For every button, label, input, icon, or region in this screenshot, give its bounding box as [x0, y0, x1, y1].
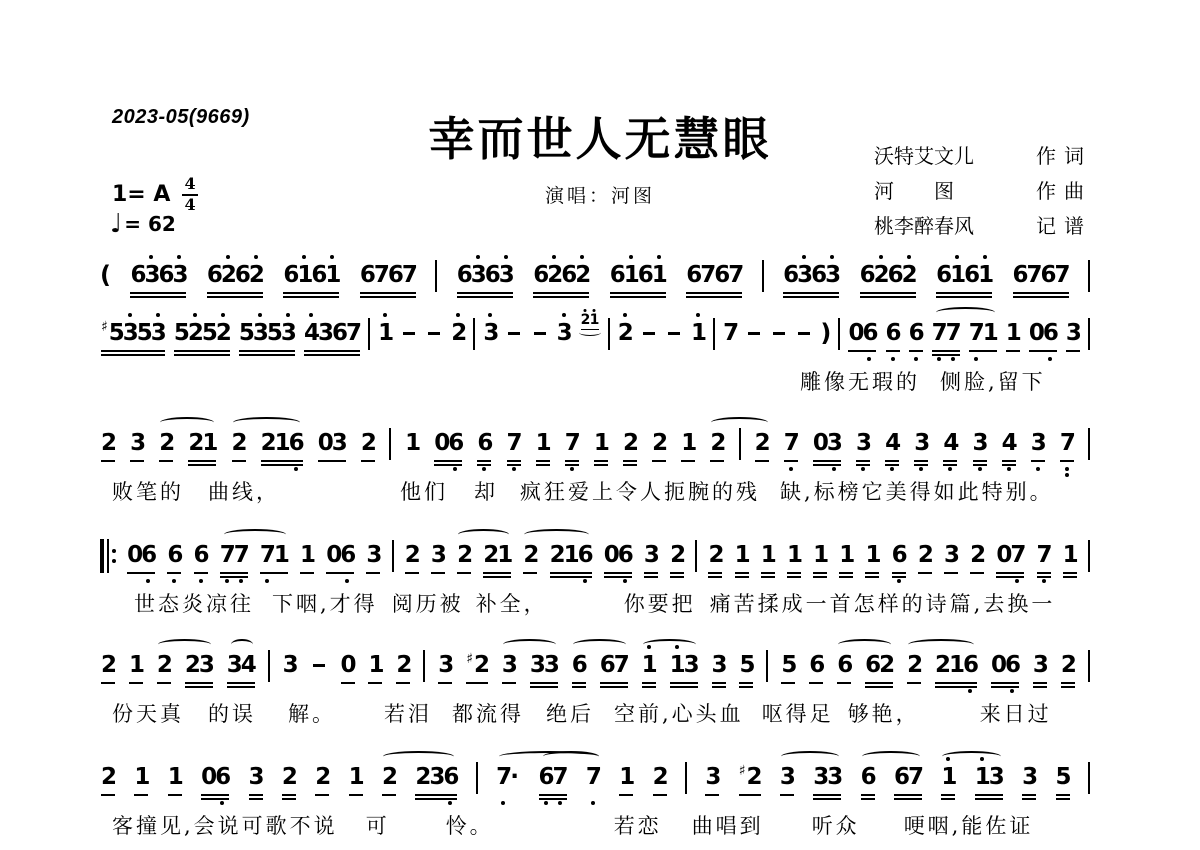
note-digit: 2 [523, 540, 537, 570]
beam-line [185, 682, 213, 684]
beam-line [1056, 798, 1070, 800]
note-digit: 3 [705, 762, 719, 792]
octave-dot-high [177, 255, 181, 259]
note-digit: 1 [941, 762, 955, 792]
lyric-segment: 疯狂爱上令人扼腕的残 [520, 476, 760, 506]
note-digit: 3 [227, 650, 241, 680]
note-group: ♯5353 [100, 318, 166, 348]
barline [762, 260, 764, 292]
lyric-segment: 却 [474, 476, 498, 506]
octave-dot-high [258, 313, 262, 317]
note-group: 3 [282, 650, 298, 680]
note-digit: 1 [300, 540, 314, 570]
note-group: 1 [299, 540, 315, 570]
note-digit: 6 [1013, 260, 1027, 290]
beam-line [239, 350, 295, 352]
music-line: 0666777110632322122160632211111162320771… [100, 540, 1090, 618]
beam-line [642, 682, 656, 684]
note-digit: 2 [188, 318, 202, 348]
note-group: 3 [1030, 428, 1046, 458]
lyric-segment: 下咽,才得 [272, 588, 378, 618]
note-digit: 1 [275, 428, 289, 458]
beam-line [129, 682, 143, 684]
beam-line [438, 682, 452, 684]
beam-line [304, 350, 360, 352]
beam-line [670, 686, 698, 688]
beam-line [174, 350, 230, 352]
note-group: 6 [808, 650, 824, 680]
note-digit: 6 [963, 650, 977, 680]
beam-line [712, 682, 726, 684]
note-digit: 6 [332, 318, 346, 348]
beam-line [642, 686, 656, 688]
note-group: 3 [482, 318, 498, 348]
beam-line [536, 464, 550, 466]
note-digit: 3 [151, 318, 165, 348]
octave-dot-low [832, 467, 836, 471]
note-group: 1 [128, 650, 144, 680]
barline [838, 318, 840, 350]
octave-dot-low [345, 579, 349, 583]
note-group: 2 [617, 318, 633, 348]
beam-line [996, 576, 1024, 578]
note-group: 1 [593, 428, 609, 458]
note-digit: 2 [249, 260, 263, 290]
note-digit: 6 [892, 540, 906, 570]
octave-dot-low [1015, 579, 1019, 583]
note-group: 2 [456, 540, 472, 570]
time-signature: 4 4 [182, 176, 197, 214]
octave-dot-low [558, 801, 562, 805]
lyric-segment: 听众 [812, 810, 860, 840]
octave-dot-high [330, 255, 334, 259]
note-group: 67 [599, 650, 629, 680]
lyric-segment: 你要把 [624, 588, 696, 618]
beam-line [975, 794, 1003, 796]
note-digit: 3 [797, 260, 811, 290]
note-group: 7· [495, 762, 520, 792]
note-group: 7 [585, 762, 601, 792]
note-digit: 3 [318, 318, 332, 348]
note-digit: 2 [623, 428, 637, 458]
octave-dot-high [504, 255, 508, 259]
key-signature: 1= A 4 4 [112, 176, 198, 214]
dash-note [770, 318, 788, 348]
note-digit: 2 [474, 650, 488, 680]
barline [1088, 428, 1090, 460]
note-group: 1 [864, 540, 880, 570]
note-digit: 1 [691, 318, 705, 348]
note-digit: 6 [388, 260, 402, 290]
note-digit: 2 [652, 428, 666, 458]
slur [383, 751, 453, 762]
note-digit: 2 [185, 650, 199, 680]
note-group: 1 [535, 428, 551, 458]
octave-dot-low [891, 357, 895, 361]
note-group: 3 [365, 540, 381, 570]
beam-line [735, 576, 749, 578]
dash-note [665, 318, 683, 348]
note-group: 2 [669, 540, 685, 570]
octave-dot-low [951, 357, 955, 361]
beam-line [157, 682, 171, 684]
note-group: 1 [133, 762, 149, 792]
beam-line [415, 794, 457, 796]
beam-line [865, 686, 893, 688]
note-digit: 0 [341, 650, 355, 680]
note-digit: 6 [167, 540, 181, 570]
note-digit: 6 [1005, 650, 1019, 680]
note-digit: 6 [194, 540, 208, 570]
note-group: 6767 [359, 260, 417, 290]
lyric-segment: 补全， [476, 588, 548, 618]
note-digit: 1 [642, 650, 656, 680]
octave-dot-low [968, 689, 972, 693]
note-digit: 2 [157, 650, 171, 680]
credit-role: 作词 [1036, 139, 1092, 174]
note-group: 1 [1062, 540, 1078, 570]
beam-line [604, 576, 632, 578]
note-digit: 6 [936, 260, 950, 290]
beam-line [813, 576, 827, 578]
barline [739, 428, 741, 460]
beam-line [168, 794, 182, 796]
octave-dot-low [978, 467, 982, 471]
beam-line [892, 572, 906, 574]
lyric-segment: 解。 [288, 698, 336, 728]
octave-dot-low [239, 579, 243, 583]
dash-note [310, 650, 328, 680]
note-group: 67 [538, 762, 568, 792]
beam-line [918, 572, 932, 574]
beam-line [227, 686, 255, 688]
octave-dot-low [294, 467, 298, 471]
note-digit: 2 [382, 762, 396, 792]
note-digit: 2 [232, 428, 246, 458]
octave-dot-low [172, 579, 176, 583]
note-digit: 1 [378, 318, 392, 348]
beam-line [539, 798, 567, 800]
note-digit: 3 [1022, 762, 1036, 792]
note-digit: 1 [950, 260, 964, 290]
beam-line [809, 682, 823, 684]
note-group: 216 [260, 428, 304, 458]
beam-line [101, 460, 115, 462]
lyric-segment: 份天真 [112, 698, 184, 728]
note-group: 77 [219, 540, 249, 570]
lyric-segment: 败笔的 [112, 476, 184, 506]
octave-dot-low [482, 467, 486, 471]
beam-line [739, 682, 753, 684]
note-digit: 2 [361, 428, 375, 458]
octave-dot-low [583, 579, 587, 583]
octave-dot-low [220, 801, 224, 805]
beam-line [708, 572, 722, 574]
notes-row: (636362626161676763636262616167676363626… [100, 260, 1090, 294]
note-group: 7 [1059, 428, 1075, 458]
beam-line [185, 686, 213, 688]
sheet-music-page: { "header": { "catalog": "2023-05(9669)"… [0, 0, 1200, 850]
beam-line [644, 576, 658, 578]
beam-line [260, 572, 288, 574]
note-group: ♯2 [465, 650, 489, 680]
note-digit: 7 [969, 318, 983, 348]
beam-line [207, 296, 263, 298]
note-digit: 6 [811, 260, 825, 290]
note-digit: 6 [610, 260, 624, 290]
note-digit: 6 [283, 260, 297, 290]
note-digit: 3 [471, 260, 485, 290]
slur [543, 751, 600, 762]
beam-line [856, 464, 870, 466]
note-group: 6363 [782, 260, 840, 290]
note-digit: 6 [443, 762, 457, 792]
note-digit: 2 [918, 540, 932, 570]
note-digit: 1 [652, 260, 666, 290]
note-digit: 6 [861, 762, 875, 792]
note-digit: 2 [457, 540, 471, 570]
note-digit: 3 [499, 260, 513, 290]
note-group: 2 [281, 762, 297, 792]
note-group: 06 [847, 318, 877, 348]
sharp-icon: ♯ [466, 652, 473, 666]
note-digit: 1 [670, 650, 684, 680]
note-digit: 1 [349, 762, 363, 792]
note-group: 1 [404, 428, 420, 458]
note-digit: 3 [172, 260, 186, 290]
note-digit: 0 [604, 540, 618, 570]
note-group: 7 [722, 318, 738, 348]
beam-line [975, 798, 1003, 800]
beam-line [860, 292, 916, 294]
note-group: 6262 [532, 260, 590, 290]
note-group: 1 [348, 762, 364, 792]
beam-line [1033, 686, 1047, 688]
note-digit: 3 [1031, 428, 1045, 458]
note-digit: 2 [547, 260, 561, 290]
beam-line [130, 296, 186, 298]
dash-note [795, 318, 813, 348]
note-group: 1 [812, 540, 828, 570]
note-digit: 7 [700, 260, 714, 290]
note-digit: 7 [932, 318, 946, 348]
note-digit: 3 [199, 650, 213, 680]
lyrics-row: 败笔的曲线，他们却疯狂爱上令人扼腕的残缺,标榜它美得如此特别。 [100, 476, 1090, 506]
note-group: 1 [760, 540, 776, 570]
lyric-segment: 空前,心头血 [614, 698, 744, 728]
octave-dot-low [897, 579, 901, 583]
slur [936, 307, 996, 318]
beam-line [396, 682, 410, 684]
beam-line [914, 464, 928, 466]
note-digit: 2 [747, 762, 761, 792]
note-digit: 2 [970, 540, 984, 570]
note-digit: 6 [618, 540, 632, 570]
note-group: 1 [367, 650, 383, 680]
beam-line [996, 572, 1024, 574]
note-group: 0 [340, 650, 356, 680]
beam-line [282, 798, 296, 800]
note-group: 7 [1036, 540, 1052, 570]
note-group: 13 [974, 762, 1004, 792]
octave-dot-high [562, 313, 566, 317]
beam-line [970, 572, 984, 574]
note-digit: 6 [130, 260, 144, 290]
beam-line [594, 464, 608, 466]
repeat-start-sign [100, 540, 116, 572]
note-digit: 3 [281, 318, 295, 348]
note-digit: 7 [234, 540, 248, 570]
slur [862, 751, 920, 762]
beam-line [739, 794, 761, 796]
sharp-icon: ♯ [739, 764, 746, 778]
note-group: 2 [360, 428, 376, 458]
note-digit: 0 [201, 762, 215, 792]
note-group: 2 [651, 428, 667, 458]
lyrics-row: 雕像无瑕的侧脸,留下 [100, 366, 1090, 396]
octave-dot-high [629, 255, 633, 259]
note-digit: 6 [457, 260, 471, 290]
beam-line [1022, 794, 1036, 796]
beam-line [739, 686, 753, 688]
note-digit: 7 [946, 318, 960, 348]
note-digit: 6 [809, 650, 823, 680]
note-digit: 6 [860, 260, 874, 290]
beam-line [201, 798, 229, 800]
beam-line [194, 572, 208, 574]
octave-dot-high [193, 313, 197, 317]
note-digit: 1 [735, 540, 749, 570]
beam-line [944, 572, 958, 574]
credit-role: 记谱 [1036, 209, 1092, 244]
note-digit: 6 [539, 762, 553, 792]
beam-line [159, 460, 173, 462]
note-digit: 5 [174, 318, 188, 348]
note-group: 6161 [282, 260, 340, 290]
note-digit: 0 [326, 540, 340, 570]
note-digit: 1 [978, 260, 992, 290]
octave-dot-low [937, 357, 941, 361]
note-digit: 3 [123, 318, 137, 348]
beam-line [892, 576, 906, 578]
note-digit: 2 [874, 260, 888, 290]
octave-dot-low [453, 467, 457, 471]
note-digit: 2 [902, 260, 916, 290]
note-digit: 6 [572, 650, 586, 680]
note-digit: 7 [374, 260, 388, 290]
slur [573, 639, 626, 650]
note-group: 6 [860, 762, 876, 792]
note-group: 6 [193, 540, 209, 570]
barline [473, 318, 475, 350]
beam-line [239, 354, 295, 356]
beam-line [1013, 296, 1069, 298]
beam-line [550, 572, 592, 574]
beam-line [227, 682, 255, 684]
note-group: 7 [783, 428, 799, 458]
note-digit: 0 [127, 540, 141, 570]
beam-line [865, 572, 879, 574]
note-digit: 2 [670, 540, 684, 570]
octave-dot-low [1048, 357, 1052, 361]
beam-line [130, 292, 186, 294]
note-digit: 7 [728, 260, 742, 290]
beam-line [483, 572, 511, 574]
note-digit: 5 [1056, 762, 1070, 792]
note-digit: 2 [550, 540, 564, 570]
note-digit: 2 [1061, 650, 1075, 680]
beam-line [1022, 798, 1036, 800]
barline [476, 762, 478, 794]
barline [1088, 540, 1090, 572]
beam-line [167, 572, 181, 574]
barline [685, 762, 687, 794]
note-group: 6 [476, 428, 492, 458]
note-group: 34 [226, 650, 256, 680]
note-group: 06 [990, 650, 1020, 680]
octave-dot-high [879, 255, 883, 259]
note-digit: 7 [507, 428, 521, 458]
note-digit: 3 [557, 318, 571, 348]
beam-line [261, 460, 303, 462]
note-group: 2 [100, 650, 116, 680]
note-digit: 5 [267, 318, 281, 348]
note-group: 06 [126, 540, 156, 570]
note-digit: 6 [888, 260, 902, 290]
note-digit: 2 [159, 428, 173, 458]
note-group: 2 [1060, 650, 1076, 680]
lyrics-row: 份天真的误解。若泪都流得绝后空前,心头血呕得足够艳，来日过 [100, 698, 1090, 728]
note-digit: 7 [402, 260, 416, 290]
note-digit: 6 [561, 260, 575, 290]
beam-line [1061, 686, 1075, 688]
beam-line [935, 682, 977, 684]
note-digit: 3 [813, 762, 827, 792]
note-group: 6767 [1012, 260, 1070, 290]
beam-line [705, 794, 719, 796]
note-digit: 3 [914, 428, 928, 458]
beam-line [1066, 350, 1080, 352]
slur [908, 639, 973, 650]
barline [1088, 762, 1090, 794]
note-digit: 0 [318, 428, 332, 458]
beam-line [644, 572, 658, 574]
octave-dot-high [309, 313, 313, 317]
note-group: 1 [690, 318, 706, 348]
beam-line [610, 296, 666, 298]
octave-dot-low [448, 801, 452, 805]
beam-line [483, 576, 511, 578]
beam-line [943, 460, 957, 462]
note-group: 6 [571, 650, 587, 680]
note-digit: 6 [578, 540, 592, 570]
lyric-segment: 他们 [400, 476, 448, 506]
beam-line [1063, 572, 1077, 574]
beam-line [681, 460, 695, 462]
note-digit: 1 [274, 540, 288, 570]
note-digit: 1 [497, 540, 511, 570]
beam-line [861, 798, 875, 800]
beam-line [318, 460, 346, 462]
note-digit: 1 [594, 428, 608, 458]
note-digit: 2 [879, 650, 893, 680]
beam-line [539, 794, 567, 796]
note-digit: 1 [787, 540, 801, 570]
notes-row: 21106322122367·677123♯233366711335 [100, 762, 1090, 796]
lyric-segment: 若泪 [384, 698, 432, 728]
octave-dot-low [914, 357, 918, 361]
note-digit: 2 [710, 428, 724, 458]
